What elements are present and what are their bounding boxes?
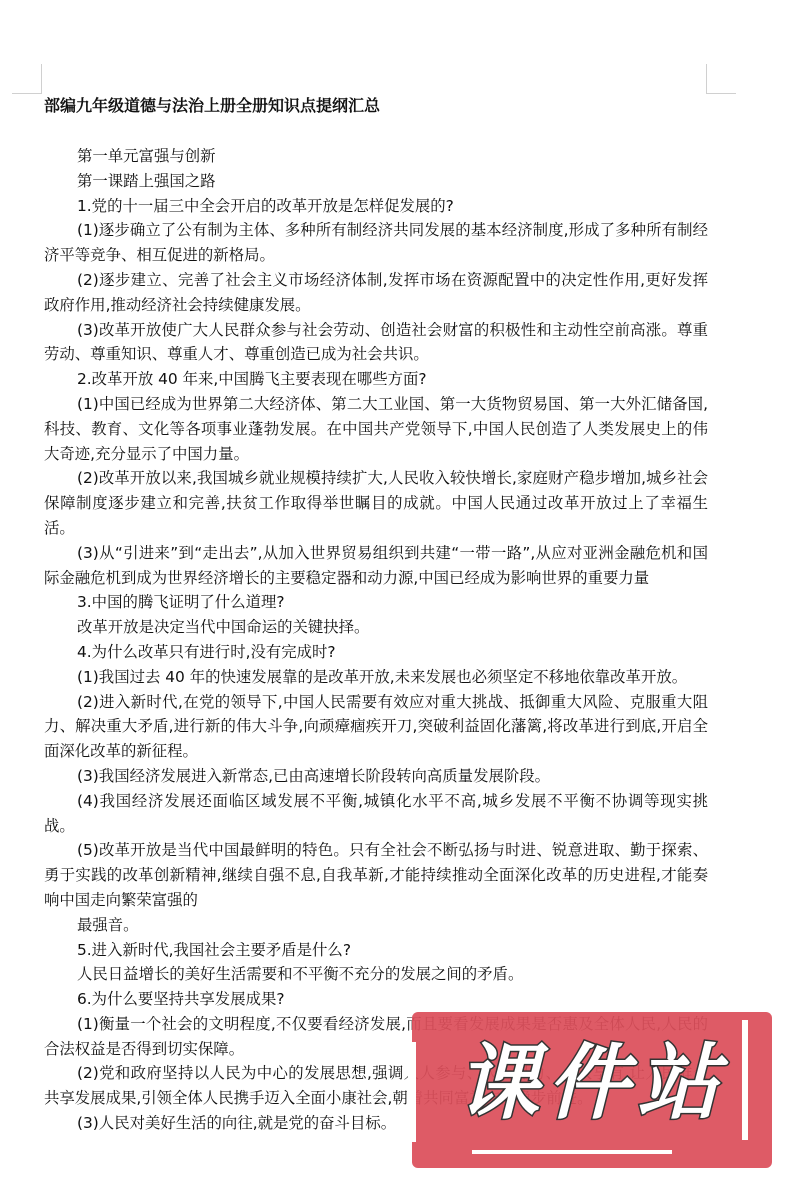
answer-2-1: (1)中国已经成为世界第二大经济体、第二大工业国、第一大货物贸易国、第一大外汇储… [44, 392, 708, 466]
page-corner-mark-top-left [12, 64, 42, 94]
answer-1-2: (2)逐步建立、完善了社会主义市场经济体制,发挥市场在资源配置中的决定性作用,更… [44, 268, 708, 318]
answer-4-1: (1)我国过去 40 年的快速发展靠的是改革开放,未来发展也必须坚定不移地依靠改… [44, 665, 708, 690]
question-2: 2.改革开放 40 年来,中国腾飞主要表现在哪些方面? [44, 367, 708, 392]
page-corner-mark-top-right [706, 64, 736, 94]
unit-heading: 第一单元富强与创新 [44, 144, 708, 169]
lesson-heading: 第一课踏上强国之路 [44, 169, 708, 194]
answer-4-2: (2)进入新时代,在党的领导下,中国人民需要有效应对重大挑战、抵御重大风险、克服… [44, 690, 708, 764]
watermark-stamp: 课件站 [412, 1012, 772, 1168]
answer-4-5-continued: 最强音。 [44, 913, 708, 938]
answer-4-3: (3)我国经济发展进入新常态,已由高速增长阶段转向高质量发展阶段。 [44, 764, 708, 789]
answer-1-3: (3)改革开放使广大人民群众参与社会劳动、创造社会财富的积极性和主动性空前高涨。… [44, 318, 708, 368]
answer-2-2: (2)改革开放以来,我国城乡就业规模持续扩大,人民收入较快增长,家庭财产稳步增加… [44, 466, 708, 540]
stamp-rough-edge [472, 1150, 672, 1154]
watermark-text: 课件站 [432, 1034, 752, 1134]
question-1: 1.党的十一届三中全会开启的改革开放是怎样促发展的? [44, 194, 708, 219]
question-6: 6.为什么要坚持共享发展成果? [44, 987, 708, 1012]
answer-4-5: (5)改革开放是当代中国最鲜明的特色。只有全社会不断弘扬与时进、锐意进取、勤于探… [44, 838, 708, 912]
stamp-rough-edge [408, 1042, 416, 1142]
document-title: 部编九年级道德与法治上册全册知识点提纲汇总 [44, 94, 380, 118]
question-5: 5.进入新时代,我国社会主要矛盾是什么? [44, 938, 708, 963]
answer-5: 人民日益增长的美好生活需要和不平衡不充分的发展之间的矛盾。 [44, 962, 708, 987]
document-body: 第一单元富强与创新 第一课踏上强国之路 1.党的十一届三中全会开启的改革开放是怎… [44, 144, 708, 1136]
answer-1-1: (1)逐步确立了公有制为主体、多种所有制经济共同发展的基本经济制度,形成了多种所… [44, 218, 708, 268]
question-3: 3.中国的腾飞证明了什么道理? [44, 590, 708, 615]
answer-2-3: (3)从“引进来”到“走出去”,从加入世界贸易组织到共建“一带一路”,从应对亚洲… [44, 541, 708, 591]
question-4: 4.为什么改革只有进行时,没有完成时? [44, 640, 708, 665]
answer-4-4: (4)我国经济发展还面临区域发展不平衡,城镇化水平不高,城乡发展不平衡不协调等现… [44, 789, 708, 839]
answer-3: 改革开放是决定当代中国命运的关键抉择。 [44, 615, 708, 640]
